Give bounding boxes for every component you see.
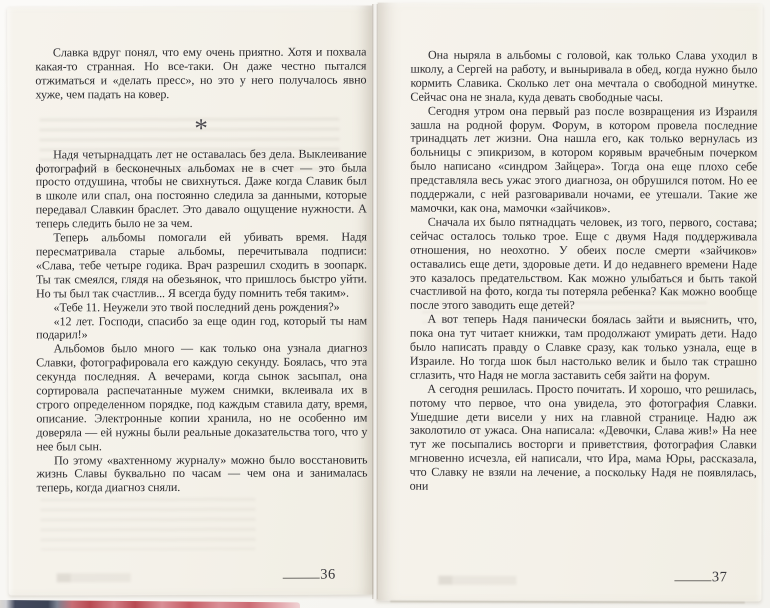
page-number-36: 36 xyxy=(282,567,336,584)
page-stack-edge xyxy=(390,600,745,603)
show-through-page-number xyxy=(57,573,131,582)
page-number-value: 36 xyxy=(320,567,336,583)
page-number-rule xyxy=(674,580,711,581)
book-gutter-shadow xyxy=(372,4,378,599)
paragraph: А вот теперь Надя панически боялась зайт… xyxy=(410,313,757,383)
left-page-text: Славка вдруг понял, что ему очень приятн… xyxy=(35,46,367,496)
page-number-37: 37 xyxy=(674,569,728,586)
paragraph: «12 лет. Господи, спасибо за еще один го… xyxy=(36,314,367,343)
paragraph: Сегодня утром она первый раз после возвр… xyxy=(410,104,757,216)
paragraph: А сегодня решилась. Просто почитать. И х… xyxy=(410,382,757,494)
show-through-page-number xyxy=(438,576,516,585)
right-page-text: Она ныряла в альбомы с головой, как толь… xyxy=(410,49,758,495)
page-number-rule xyxy=(282,578,319,579)
paragraph: Надя четырнадцать лет не оставалась без … xyxy=(36,147,367,231)
left-page: Славка вдруг понял, что ему очень приятн… xyxy=(7,6,374,596)
paragraph: Славка вдруг понял, что ему очень приятн… xyxy=(35,46,366,102)
paragraph: По этому «вахтенному журналу» можно было… xyxy=(36,453,367,496)
book-photo: Славка вдруг понял, что ему очень приятн… xyxy=(0,0,770,608)
paragraph: Теперь альбомы помогали ей убивать время… xyxy=(36,231,367,301)
show-through-text xyxy=(41,498,256,551)
section-divider-star: * xyxy=(35,101,366,148)
paragraph: Она ныряла в альбомы с головой, как толь… xyxy=(410,49,757,105)
page-number-value: 37 xyxy=(712,569,728,585)
book-cover-edge xyxy=(0,600,300,608)
paragraph: Альбомов было много — как только она узн… xyxy=(36,342,367,454)
paragraph: Сначала их было пятнадцать человек, из т… xyxy=(410,216,757,314)
right-page: Она ныряла в альбомы с головой, как толь… xyxy=(376,3,762,602)
